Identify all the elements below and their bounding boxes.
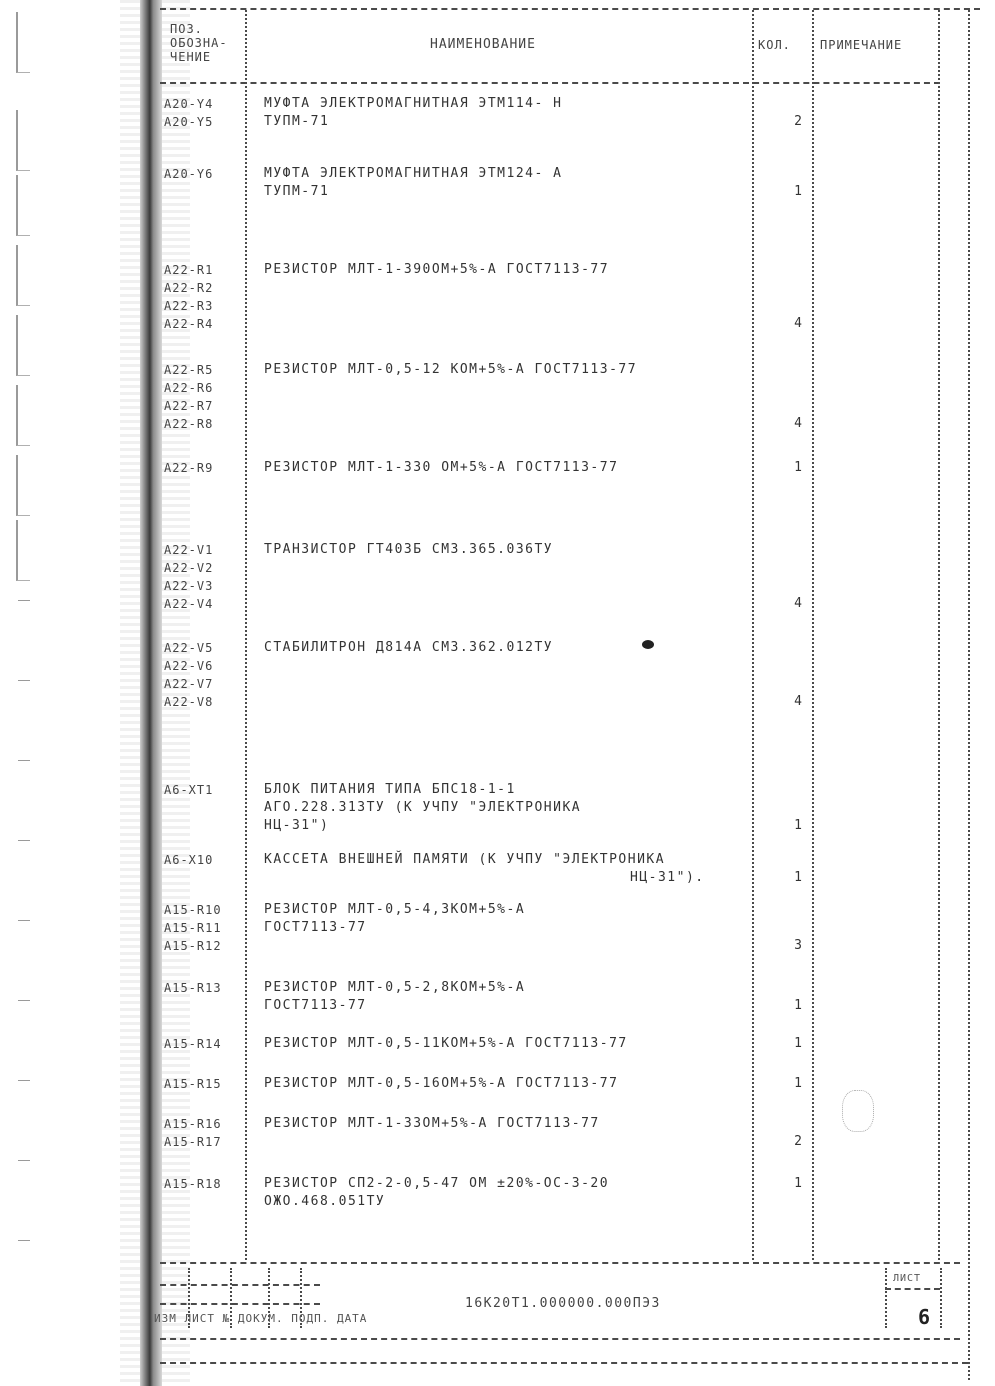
position-designator: А15-R16 (164, 1116, 222, 1132)
item-name: ТРАНЗИСТОР ГТ403Б СМ3.365.036ТУ (264, 542, 553, 558)
item-name: ГОСТ7113-77 (264, 920, 367, 936)
footer-sheet-div (885, 1268, 887, 1328)
item-quantity: 4 (772, 596, 802, 611)
document-designation: 16К20Т1.000000.000ПЭ3 (465, 1296, 661, 1311)
header-note: ПРИМЕЧАНИЕ (820, 38, 902, 52)
position-designator: А22-R5 (164, 362, 213, 378)
position-designator: А15-R14 (164, 1036, 222, 1052)
item-name: МУФТА ЭЛЕКТРОМАГНИТНАЯ ЭТМ114- Н (264, 96, 562, 112)
margin-mark (16, 520, 30, 581)
col-divider-qty (752, 10, 754, 1260)
position-designator: А22-R6 (164, 380, 213, 396)
item-name: ТУПМ-71 (264, 114, 329, 130)
position-designator: А15-R18 (164, 1176, 222, 1192)
margin-mark (18, 1240, 30, 1241)
margin-mark (18, 1160, 30, 1161)
position-designator: А15-R12 (164, 938, 222, 954)
position-designator: А22-R3 (164, 298, 213, 314)
margin-mark (18, 1000, 30, 1001)
footer-row-1 (160, 1284, 320, 1286)
item-quantity: 2 (772, 1134, 802, 1149)
position-designator: А22-R7 (164, 398, 213, 414)
item-quantity: 1 (772, 870, 802, 885)
item-name: БЛОК ПИТАНИЯ ТИПА БПС18-1-1 (264, 782, 516, 798)
footer-top-border (160, 1262, 960, 1264)
margin-mark (18, 680, 30, 681)
item-name: РЕЗИСТОР МЛТ-1-330 ОМ+5%-А ГОСТ7113-77 (264, 460, 618, 476)
ink-blot (642, 640, 654, 649)
position-designator: А6-X10 (164, 852, 213, 868)
bottom-border (160, 1338, 960, 1340)
item-name: РЕЗИСТОР МЛТ-0,5-16ОМ+5%-А ГОСТ7113-77 (264, 1076, 618, 1092)
bottom-border-outer (160, 1362, 968, 1364)
item-quantity: 4 (772, 316, 802, 331)
item-quantity: 1 (772, 1176, 802, 1191)
item-name: СТАБИЛИТРОН Д814А СМ3.362.012ТУ (264, 640, 553, 656)
item-quantity: 1 (772, 998, 802, 1013)
item-quantity: 1 (772, 818, 802, 833)
item-name: КАССЕТА ВНЕШНЕЙ ПАМЯТИ (К УЧПУ "ЭЛЕКТРОН… (264, 852, 665, 868)
footer-row-2 (160, 1303, 320, 1305)
item-quantity: 1 (772, 184, 802, 199)
margin-mark (18, 920, 30, 921)
position-designator: А22-V4 (164, 596, 213, 612)
position-designator: А22-V7 (164, 676, 213, 692)
item-quantity: 1 (772, 1036, 802, 1051)
footer-sheet-row (885, 1288, 940, 1290)
margin-mark (16, 245, 30, 306)
margin-mark (16, 12, 30, 73)
sheet-label: ЛИСТ (893, 1273, 921, 1284)
item-quantity: 1 (772, 460, 802, 475)
col-divider-note (812, 10, 814, 1260)
position-designator: А22-V2 (164, 560, 213, 576)
col-divider-pos (245, 10, 247, 1260)
margin-mark (18, 1080, 30, 1081)
item-name: РЕЗИСТОР МЛТ-1-33ОМ+5%-А ГОСТ7113-77 (264, 1116, 600, 1132)
item-quantity: 1 (772, 1076, 802, 1091)
position-designator: А22-R4 (164, 316, 213, 332)
margin-mark (18, 840, 30, 841)
position-designator: А20-Y5 (164, 114, 213, 130)
col-divider-right (938, 10, 940, 1260)
item-name: АГО.228.313ТУ (К УЧПУ "ЭЛЕКТРОНИКА (264, 800, 581, 816)
header-name: НАИМЕНОВАНИЕ (430, 38, 536, 52)
position-designator: А22-R8 (164, 416, 213, 432)
outer-right-border (968, 10, 970, 1380)
position-designator: А22-R2 (164, 280, 213, 296)
position-designator: А6-XT1 (164, 782, 213, 798)
position-designator: А22-V5 (164, 640, 213, 656)
position-designator: А22-V1 (164, 542, 213, 558)
position-designator: А15-R13 (164, 980, 222, 996)
item-name: РЕЗИСТОР МЛТ-0,5-4,3КОМ+5%-А (264, 902, 525, 918)
faint-stamp (842, 1090, 874, 1132)
margin-mark (16, 315, 30, 376)
margin-mark (16, 385, 30, 446)
spec-sheet: ПОЗ. ОБОЗНА- ЧЕНИЕ НАИМЕНОВАНИЕ КОЛ. ПРИ… (160, 0, 980, 1386)
item-name: ОЖО.468.051ТУ (264, 1194, 385, 1210)
sheet-number: 6 (918, 1305, 930, 1329)
item-name: РЕЗИСТОР СП2-2-0,5-47 ОМ ±20%-ОС-3-20 (264, 1176, 609, 1192)
position-designator: А15-R15 (164, 1076, 222, 1092)
position-designator: А22-R1 (164, 262, 213, 278)
position-designator: А22-V3 (164, 578, 213, 594)
item-name: ТУПМ-71 (264, 184, 329, 200)
position-designator: А20-Y6 (164, 166, 213, 182)
item-quantity: 4 (772, 694, 802, 709)
item-quantity: 2 (772, 114, 802, 129)
header-qty: КОЛ. (758, 38, 791, 52)
item-name: РЕЗИСТОР МЛТ-0,5-11КОМ+5%-А ГОСТ7113-77 (264, 1036, 628, 1052)
position-designator: А22-V6 (164, 658, 213, 674)
item-name: РЕЗИСТОР МЛТ-1-390ОМ+5%-А ГОСТ7113-77 (264, 262, 609, 278)
binding-edge (140, 0, 162, 1386)
stamp-labels: ИЗМ ЛИСТ № ДОКУМ. ПОДП. ДАТА (154, 1312, 367, 1325)
item-name: НЦ-31") (264, 818, 329, 834)
item-name: НЦ-31"). (630, 870, 705, 886)
position-designator: А20-Y4 (164, 96, 213, 112)
position-designator: А22-R9 (164, 460, 213, 476)
item-quantity: 4 (772, 416, 802, 431)
position-designator: А15-R10 (164, 902, 222, 918)
item-name: ГОСТ7113-77 (264, 998, 367, 1014)
margin-mark (18, 600, 30, 601)
item-name: МУФТА ЭЛЕКТРОМАГНИТНАЯ ЭТМ124- А (264, 166, 562, 182)
margin-mark (18, 760, 30, 761)
item-name: РЕЗИСТОР МЛТ-0,5-2,8КОМ+5%-А (264, 980, 525, 996)
footer-sheet-div (940, 1268, 942, 1328)
header-position: ПОЗ. ОБОЗНА- ЧЕНИЕ (170, 22, 228, 64)
item-name: РЕЗИСТОР МЛТ-0,5-12 КОМ+5%-А ГОСТ7113-77 (264, 362, 637, 378)
position-designator: А15-R17 (164, 1134, 222, 1150)
margin-mark (16, 455, 30, 516)
item-quantity: 3 (772, 938, 802, 953)
top-border (160, 8, 980, 10)
margin-mark (16, 110, 30, 171)
header-divider (160, 82, 940, 84)
position-designator: А15-R11 (164, 920, 222, 936)
position-designator: А22-V8 (164, 694, 213, 710)
margin-mark (16, 175, 30, 236)
